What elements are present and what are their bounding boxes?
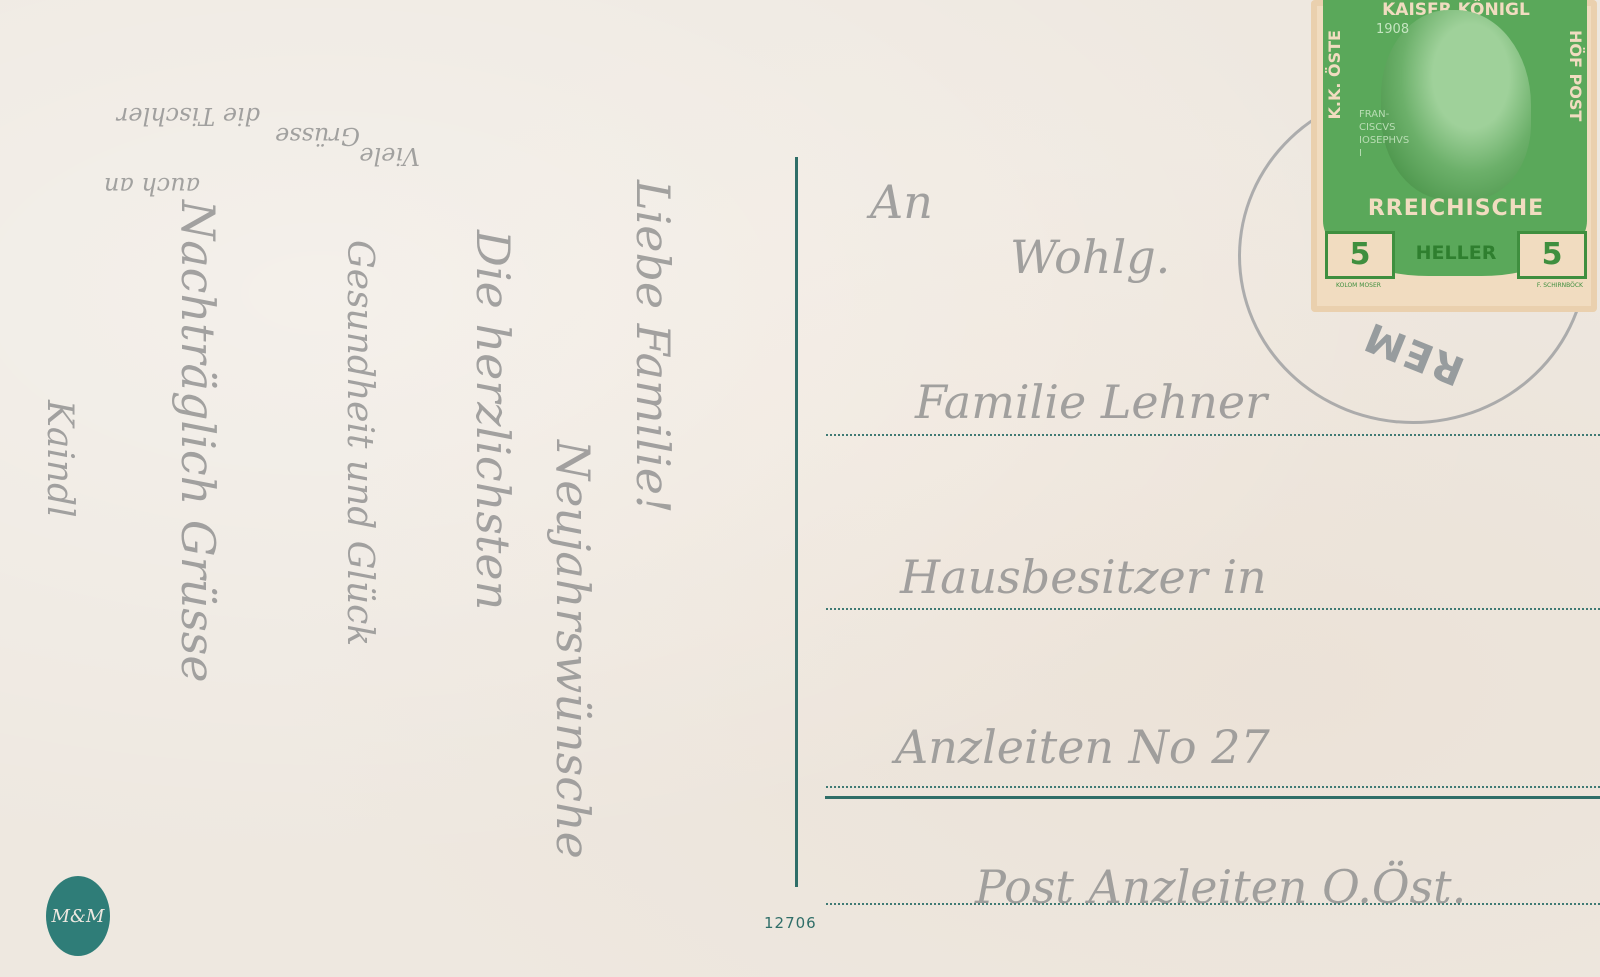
vertical-divider xyxy=(795,157,798,887)
stamp-year: 1908 xyxy=(1376,22,1409,37)
message-line-2: Die herzlichsten xyxy=(466,230,520,610)
address-line-wohlg: Wohlg. xyxy=(1010,230,1170,284)
inscription-line: I xyxy=(1359,147,1409,160)
emperor-portrait-icon xyxy=(1381,10,1531,200)
stamp-left-text: K.K. ÖSTE xyxy=(1325,30,1345,120)
stamp-right-text: HÖF POST xyxy=(1565,30,1585,121)
address-dotted-line-2 xyxy=(826,608,1600,610)
message-line-5: Nachträglich Grüsse xyxy=(171,200,225,683)
postage-stamp: KAISER KÖNIGL K.K. ÖSTE HÖF POST 1908 FR… xyxy=(1311,0,1597,312)
address-line-name: Familie Lehner xyxy=(915,375,1267,429)
stamp-currency: HELLER xyxy=(1406,242,1506,264)
message-line-4: Gesundheit und Glück xyxy=(339,240,380,646)
stamp-inscription: FRAN- CISCVS IOSEPHVS I xyxy=(1359,108,1409,160)
address-dotted-line-3 xyxy=(826,786,1600,788)
stamp-designer-credit: KOLOM MOSER xyxy=(1336,282,1381,289)
upside-down-note-line-2: Grüsse xyxy=(275,122,360,150)
upside-down-note-line-3: auch an xyxy=(104,172,200,200)
message-line-3: Neujahrswünsche xyxy=(546,440,600,859)
inscription-line: IOSEPHVS xyxy=(1359,134,1409,147)
address-line-town: Anzleiten No 27 xyxy=(895,720,1270,774)
publisher-monogram-text: M&M xyxy=(52,906,105,927)
postcard-back: Viele Grüsse auch an die Tischler Liebe … xyxy=(0,0,1600,977)
message-line-6: Kaindl xyxy=(39,400,80,518)
stamp-bottom-text: RREICHISCHE xyxy=(1331,196,1581,221)
upside-down-note-line-4: die Tischler xyxy=(117,102,260,130)
stamp-engraver-credit: F. SCHIRNBÖCK xyxy=(1537,282,1583,289)
publisher-monogram-icon: M&M xyxy=(46,876,110,956)
address-dotted-line-1 xyxy=(826,434,1600,436)
stamp-denomination-right: 5 xyxy=(1517,231,1587,279)
stamp-denomination-left: 5 xyxy=(1325,231,1395,279)
address-line-an: An xyxy=(870,175,933,229)
message-line-1: Liebe Familie! xyxy=(626,180,680,513)
catalog-number: 12706 xyxy=(764,914,817,932)
address-dotted-line-4 xyxy=(826,903,1600,905)
address-solid-line xyxy=(825,796,1600,799)
inscription-line: FRAN- xyxy=(1359,108,1409,121)
upside-down-note-line-1: Viele xyxy=(359,142,420,170)
inscription-line: CISCVS xyxy=(1359,121,1409,134)
address-line-occupation: Hausbesitzer in xyxy=(900,550,1267,604)
address-line-post: Post Anzleiten O.Öst. xyxy=(975,860,1466,914)
